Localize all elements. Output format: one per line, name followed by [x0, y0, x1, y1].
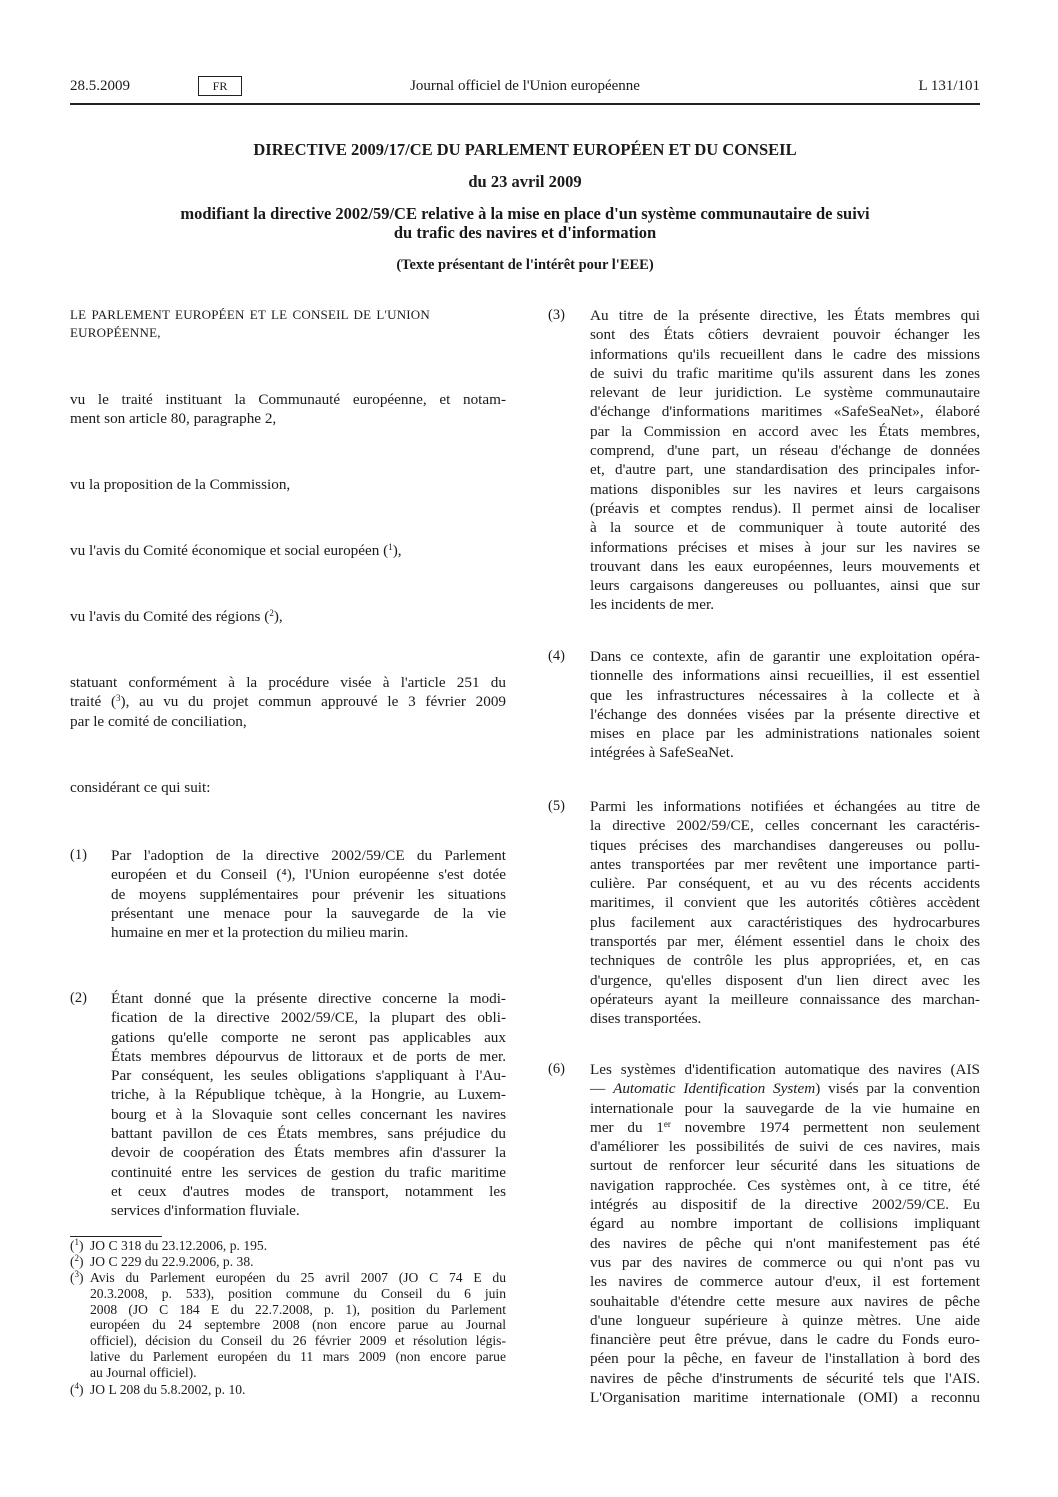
recital-number: (2) — [70, 989, 110, 1008]
recital-line: internationale pour la sauvegarde de la … — [590, 1099, 980, 1118]
footnote-number: (3) — [70, 1270, 84, 1286]
footnote-line: officiel), décision du Conseil du 26 fév… — [90, 1333, 506, 1349]
em-dash: — — [590, 1080, 613, 1097]
recital-number: (5) — [548, 797, 588, 816]
footnote-line: JO L 208 du 5.8.2002, p. 10. — [90, 1382, 506, 1398]
recital-number: (1) — [70, 846, 110, 865]
recital-line: dises transportées. — [590, 1009, 980, 1028]
recital-line: européen et du Conseil (⁴), l'Union euro… — [111, 865, 506, 884]
recital-line: d'améliorer les possibilités de suivi de… — [590, 1137, 980, 1156]
recital-line: continuité entre les services de gestion… — [111, 1163, 506, 1182]
directive-subject: modifiant la directive 2002/59/CE relati… — [70, 204, 980, 242]
recital-line: bourg et à la Slovaquie sont celles conc… — [111, 1105, 506, 1124]
recital-line: présentant une menace pour la sauvegarde… — [111, 904, 506, 923]
preamble-intro-line: EUROPÉENNE, — [70, 324, 506, 342]
citation-esc: vu l'avis du Comité économique et social… — [70, 541, 506, 560]
citation-line: ment son article 80, paragraphe 2, — [70, 409, 506, 428]
recital-line: et, d'autre part, une standardisation de… — [590, 460, 980, 479]
citation-line: vu la proposition de la Commission, — [70, 475, 506, 494]
directive-title: DIRECTIVE 2009/17/CE DU PARLEMENT EUROPÉ… — [70, 140, 980, 160]
recital-line: humaine en mer et la protection du milie… — [111, 923, 506, 942]
recital-number: (6) — [548, 1060, 588, 1079]
recital-text: Dans ce contexte, afin de garantir une e… — [590, 647, 980, 763]
recital-number: (4) — [548, 647, 588, 666]
footnote-line: JO C 318 du 23.12.2006, p. 195. — [90, 1238, 506, 1254]
footnote-number-value: 1 — [75, 1237, 80, 1247]
recital-line: d'une longueur supérieure à quinze mètre… — [590, 1311, 980, 1330]
footnote-line: 20.3.2008, p. 533), position commune du … — [90, 1286, 506, 1302]
recital-line: maritimes, il convient que les autorités… — [590, 893, 980, 912]
recital-line: surtout de renforcer leur sécurité dans … — [590, 1156, 980, 1175]
recital-line: Par conséquent, les seules obligations s… — [111, 1066, 506, 1085]
recital-line: mations disponibles sur les navires et l… — [590, 480, 980, 499]
footnote-line: au Journal officiel). — [90, 1365, 506, 1381]
recital-line: mises en place par les administrations n… — [590, 724, 980, 743]
recital-line: gations qu'elle comporte ne seront pas a… — [111, 1028, 506, 1047]
recital-text-segment: novembre 1974 permettent non seulement — [671, 1119, 980, 1136]
recital-line: intégrées à SafeSeaNet. — [590, 743, 980, 762]
recital-line: États membres dépourvus de littoraux et … — [111, 1047, 506, 1066]
recital-line: informations précises et mises à jour su… — [590, 538, 980, 557]
recital-line: par la Commission en accord avec les Éta… — [590, 422, 980, 441]
recital-line: triche, à la République tchèque, à la Ho… — [111, 1085, 506, 1104]
recital-line: financière peut être prévue, dans le cad… — [590, 1330, 980, 1349]
citation-text: ), — [393, 542, 402, 559]
recital-text: Au titre de la présente directive, les É… — [590, 306, 980, 615]
recital-line: battant pavillon de ces États membres, s… — [111, 1124, 506, 1143]
preamble-intro: LE PARLEMENT EUROPÉEN ET LE CONSEIL DE L… — [70, 306, 506, 342]
footnote-text: JO C 318 du 23.12.2006, p. 195. — [90, 1238, 506, 1254]
recital-line: Étant donné que la présente directive co… — [111, 989, 506, 1008]
recital-line: égard au nombre important de collisions … — [590, 1214, 980, 1233]
header-divider — [70, 103, 980, 105]
footnote-line: JO C 229 du 22.9.2006, p. 38. — [90, 1254, 506, 1270]
recital-line: — Automatic Identification System) visés… — [590, 1079, 980, 1098]
recital-line: à la source et de communiquer à toute au… — [590, 518, 980, 537]
citation-text: vu l'avis du Comité économique et social… — [70, 542, 388, 559]
journal-header: 28.5.2009 FR Journal officiel de l'Union… — [70, 76, 980, 100]
recital-line: transportés par mer, élément essentiel d… — [590, 932, 980, 951]
ordinal-superscript: er — [664, 1119, 671, 1129]
footnote-text: Avis du Parlement européen du 25 avril 2… — [90, 1270, 506, 1381]
recital-line: leurs cargaisons dangereuses ou polluant… — [590, 576, 980, 595]
citation-regions: vu l'avis du Comité des régions (2), — [70, 607, 506, 626]
directive-subject-line-2: du trafic des navires et d'information — [70, 223, 980, 242]
recital-line: informations qu'ils recueillent dans le … — [590, 345, 980, 364]
citation-line: vu l'avis du Comité économique et social… — [70, 541, 506, 560]
citation-line: vu l'avis du Comité des régions (2), — [70, 607, 506, 626]
citation-line: traité (3), au vu du projet commun appro… — [70, 692, 506, 711]
citation-procedure: statuant conformément à la procédure vis… — [70, 673, 506, 731]
recital-text-segment: mer du 1 — [590, 1119, 664, 1136]
citation-text: vu l'avis du Comité des régions ( — [70, 608, 269, 625]
recital-line: et ceux d'autres modes de transport, not… — [111, 1182, 506, 1201]
document-title-block: DIRECTIVE 2009/17/CE DU PARLEMENT EUROPÉ… — [70, 140, 980, 274]
footnote-number: (1) — [70, 1238, 84, 1254]
recital-line: Les systèmes d'identification automatiqu… — [590, 1060, 980, 1079]
recital-line: que les infrastructures nécessaires à la… — [590, 686, 980, 705]
recital-line: tionnelle des informations ainsi recueil… — [590, 666, 980, 685]
recital-text: Par l'adoption de la directive 2002/59/C… — [111, 846, 506, 942]
directive-subject-line-1: modifiant la directive 2002/59/CE relati… — [70, 204, 980, 223]
footnote-line: européen du 24 septembre 2008 (non encor… — [90, 1317, 506, 1333]
recital-line: l'échange des données visées par la prés… — [590, 705, 980, 724]
citation-text: traité ( — [70, 693, 116, 710]
preamble-intro-line: LE PARLEMENT EUROPÉEN ET LE CONSEIL DE L… — [70, 306, 430, 324]
recital-line: intégrés au dispositif de la directive 2… — [590, 1195, 980, 1214]
citation-line: par le comité de conciliation, — [70, 712, 506, 731]
eea-relevance-note: (Texte présentant de l'intérêt pour l'EE… — [70, 256, 980, 274]
recital-line: péen pour la pêche, en faveur de l'insta… — [590, 1349, 980, 1368]
citation-commission: vu la proposition de la Commission, — [70, 475, 506, 494]
recital-line: relevant de leur juridiction. Le système… — [590, 383, 980, 402]
footnote-number-value: 3 — [75, 1269, 80, 1279]
recital-line: comprend, d'une part, un réseau d'échang… — [590, 441, 980, 460]
recital-line: trouvant dans les eaux européennes, leur… — [590, 557, 980, 576]
directive-date: du 23 avril 2009 — [70, 172, 980, 192]
recital-line: plus facilement aux caractéristiques des… — [590, 913, 980, 932]
citation-line: vu le traité instituant la Communauté eu… — [70, 390, 506, 409]
citation-text: ), — [274, 608, 283, 625]
recital-line: L'Organisation maritime internationale (… — [590, 1388, 980, 1407]
recital-number: (3) — [548, 306, 588, 325]
page-reference: L 131/101 — [918, 78, 980, 95]
recital-line: (préavis et comptes rendus). Il permet a… — [590, 499, 980, 518]
recital-line: la directive 2002/59/CE, celles concerna… — [590, 816, 980, 835]
recital-line: vus par des navires de commerce ou qui n… — [590, 1253, 980, 1272]
footnote-number-value: 2 — [75, 1253, 80, 1263]
recital-line: de moyens supplémentaires pour prévenir … — [111, 885, 506, 904]
recital-line: services d'information fluviale. — [111, 1201, 506, 1220]
recital-text-segment: ) visés par la convention — [815, 1080, 980, 1097]
recital-line: fication de la directive 2002/59/CE, la … — [111, 1008, 506, 1027]
footnote-number-value: 4 — [75, 1381, 80, 1391]
recital-line: les navires de commerce autour d'eux, il… — [590, 1272, 980, 1291]
footnote-number: (4) — [70, 1382, 84, 1398]
recital-line: d'urgence, qu'elles disposent d'un lien … — [590, 971, 980, 990]
recital-line: sont des États côtiers devraient pouvoir… — [590, 325, 980, 344]
footnote-text: JO C 229 du 22.9.2006, p. 38. — [90, 1254, 506, 1270]
footnote-text: JO L 208 du 5.8.2002, p. 10. — [90, 1382, 506, 1398]
recital-line: culière. Par conséquent, et au vu des ré… — [590, 874, 980, 893]
recital-line: navires de pêche d'instruments de sécuri… — [590, 1369, 980, 1388]
recital-line: d'échange d'informations maritimes «Safe… — [590, 402, 980, 421]
citation-line: statuant conformément à la procédure vis… — [70, 673, 506, 692]
recital-line: Dans ce contexte, afin de garantir une e… — [590, 647, 980, 666]
italic-term: Automatic Identification System — [613, 1080, 815, 1097]
recital-line: des navires de pêche qui n'ont manifeste… — [590, 1234, 980, 1253]
footnote-divider — [70, 1236, 162, 1237]
recital-text: Étant donné que la présente directive co… — [111, 989, 506, 1221]
citation-treaty: vu le traité instituant la Communauté eu… — [70, 390, 506, 429]
recital-line: de suivi du trafic maritime qu'ils assur… — [590, 364, 980, 383]
recital-line: souhaitable d'étendre cette mesure aux n… — [590, 1292, 980, 1311]
recital-line: opérateurs ayant la meilleure connaissan… — [590, 990, 980, 1009]
considering-text: considérant ce qui suit: — [70, 778, 506, 797]
recital-line: antes transportées par mer revêtent une … — [590, 855, 980, 874]
recital-line: les incidents de mer. — [590, 595, 980, 614]
recital-line: mer du 1er novembre 1974 permettent non … — [590, 1118, 980, 1137]
recital-line: techniques de contrôle les plus appropri… — [590, 951, 980, 970]
considering-clause: considérant ce qui suit: — [70, 778, 506, 797]
footnote-line: lative du Parlement européen du 11 mars … — [90, 1349, 506, 1365]
recital-line: Au titre de la présente directive, les É… — [590, 306, 980, 325]
citation-text: ), au vu du projet commun approuvé le 3 … — [121, 693, 507, 710]
footnote-line: Avis du Parlement européen du 25 avril 2… — [90, 1270, 506, 1286]
recital-line: navigation rapprochée. Ces systèmes ont,… — [590, 1176, 980, 1195]
recital-line: Parmi les informations notifiées et écha… — [590, 797, 980, 816]
recital-line: devoir de coopération des États membres … — [111, 1143, 506, 1162]
footnote-line: 2008 (JO C 184 E du 22.7.2008, p. 1), po… — [90, 1302, 506, 1318]
recital-text: Les systèmes d'identification automatiqu… — [590, 1060, 980, 1407]
recital-line: Par l'adoption de la directive 2002/59/C… — [111, 846, 506, 865]
recital-text: Parmi les informations notifiées et écha… — [590, 797, 980, 1029]
recital-line: tiques précises des marchandises dangere… — [590, 836, 980, 855]
journal-title: Journal officiel de l'Union européenne — [70, 78, 980, 95]
footnote-number: (2) — [70, 1254, 84, 1270]
